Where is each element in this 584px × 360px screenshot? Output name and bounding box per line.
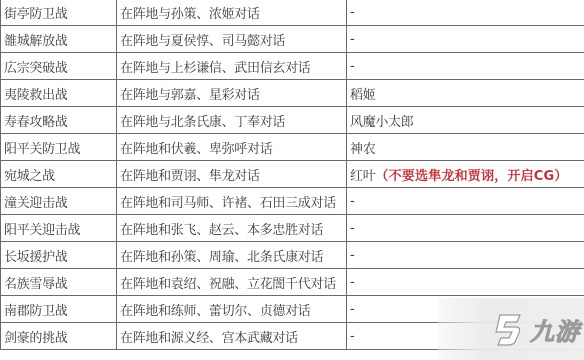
- condition-cell: 在阵地和练师、蕾切尔、贞德对话: [117, 296, 347, 323]
- condition-cell: 在阵地和源义经、宫本武藏对话: [117, 323, 347, 350]
- table-row: 雒城解放战在阵地与夏侯惇、司马懿对话-: [1, 26, 584, 53]
- condition-cell: 在阵地和贾诩、隼龙对话: [117, 161, 347, 188]
- battle-name-cell: 広宗突破战: [1, 53, 117, 80]
- reward-cell: 风魔小太郎: [347, 107, 584, 134]
- reward-text: 神农: [350, 142, 375, 157]
- condition-cell: 在阵地与孙策、浓姬对话: [117, 0, 347, 26]
- reward-cell: -: [347, 53, 584, 80]
- condition-cell: 在阵地与上杉谦信、武田信玄对话: [117, 53, 347, 80]
- battle-name-cell: 阳平关迎击战: [1, 215, 117, 242]
- reward-text: 风魔小太郎: [350, 115, 414, 130]
- battle-name-cell: 夷陵救出战: [1, 80, 117, 107]
- table-row: 宛城之战在阵地和贾诩、隼龙对话红叶（不要选隼龙和贾诩，开启CG）: [1, 161, 584, 188]
- condition-cell: 在阵地与郭嘉、星彩对话: [117, 80, 347, 107]
- battle-name-cell: 雒城解放战: [1, 26, 117, 53]
- reward-cell: 稻姬: [347, 80, 584, 107]
- table-row: 夷陵救出战在阵地与郭嘉、星彩对话稻姬: [1, 80, 584, 107]
- reward-cell: -: [347, 215, 584, 242]
- table-row: 阳平关防卫战在阵地和伏羲、卑弥呼对话神农: [1, 134, 584, 161]
- battle-name-cell: 宛城之战: [1, 161, 117, 188]
- reward-cell: -: [347, 26, 584, 53]
- reward-cell: 红叶（不要选隼龙和贾诩，开启CG）: [347, 161, 584, 188]
- condition-cell: 在阵地和张飞、赵云、本多忠胜对话: [117, 215, 347, 242]
- condition-cell: 在阵地和袁绍、祝融、立花誾千代对话: [117, 269, 347, 296]
- reward-text: -: [350, 32, 354, 47]
- jiuyou-logo-icon: [492, 312, 524, 346]
- reward-cell: 神农: [347, 134, 584, 161]
- reward-cell: -: [347, 0, 584, 26]
- watermark: 九游: [438, 298, 584, 360]
- watermark-text: 九游: [530, 312, 580, 347]
- table-row: 街亭防卫战在阵地与孙策、浓姬对话-: [1, 0, 584, 26]
- battle-name-cell: 名族雪辱战: [1, 269, 117, 296]
- table-row: 阳平关迎击战在阵地和张飞、赵云、本多忠胜对话-: [1, 215, 584, 242]
- table-row: 名族雪辱战在阵地和袁绍、祝融、立花誾千代对话-: [1, 269, 584, 296]
- condition-cell: 在阵地与北条氏康、丁奉对话: [117, 107, 347, 134]
- reward-text: 红叶: [350, 169, 375, 184]
- condition-cell: 在阵地和司马师、许褚、石田三成对话: [117, 188, 347, 215]
- battle-name-cell: 长坂援护战: [1, 242, 117, 269]
- battle-name-cell: 潼关迎击战: [1, 188, 117, 215]
- reward-cell: -: [347, 242, 584, 269]
- condition-cell: 在阵地和伏羲、卑弥呼对话: [117, 134, 347, 161]
- reward-text: -: [350, 194, 354, 209]
- table-row: 広宗突破战在阵地与上杉谦信、武田信玄对话-: [1, 53, 584, 80]
- battle-name-cell: 剑豪的挑战: [1, 323, 117, 350]
- condition-cell: 在阵地和孙策、周瑜、北条氏康对话: [117, 242, 347, 269]
- reward-text: -: [350, 302, 354, 317]
- battle-name-cell: 寿春攻略战: [1, 107, 117, 134]
- table-row: 寿春攻略战在阵地与北条氏康、丁奉对话风魔小太郎: [1, 107, 584, 134]
- battle-name-cell: 南郡防卫战: [1, 296, 117, 323]
- reward-text: -: [350, 59, 354, 74]
- reward-text: -: [350, 248, 354, 263]
- reward-text: -: [350, 5, 354, 20]
- condition-cell: 在阵地与夏侯惇、司马懿对话: [117, 26, 347, 53]
- reward-text: -: [350, 221, 354, 236]
- reward-note: （不要选隼龙和贾诩，开启CG）: [375, 169, 567, 184]
- battle-name-cell: 街亭防卫战: [1, 0, 117, 26]
- reward-text: 稻姬: [350, 88, 375, 103]
- reward-cell: -: [347, 269, 584, 296]
- reward-text: -: [350, 275, 354, 290]
- table-row: 潼关迎击战在阵地和司马师、许褚、石田三成对话-: [1, 188, 584, 215]
- battle-name-cell: 阳平关防卫战: [1, 134, 117, 161]
- reward-text: -: [350, 329, 354, 344]
- reward-cell: -: [347, 188, 584, 215]
- table-row: 长坂援护战在阵地和孙策、周瑜、北条氏康对话-: [1, 242, 584, 269]
